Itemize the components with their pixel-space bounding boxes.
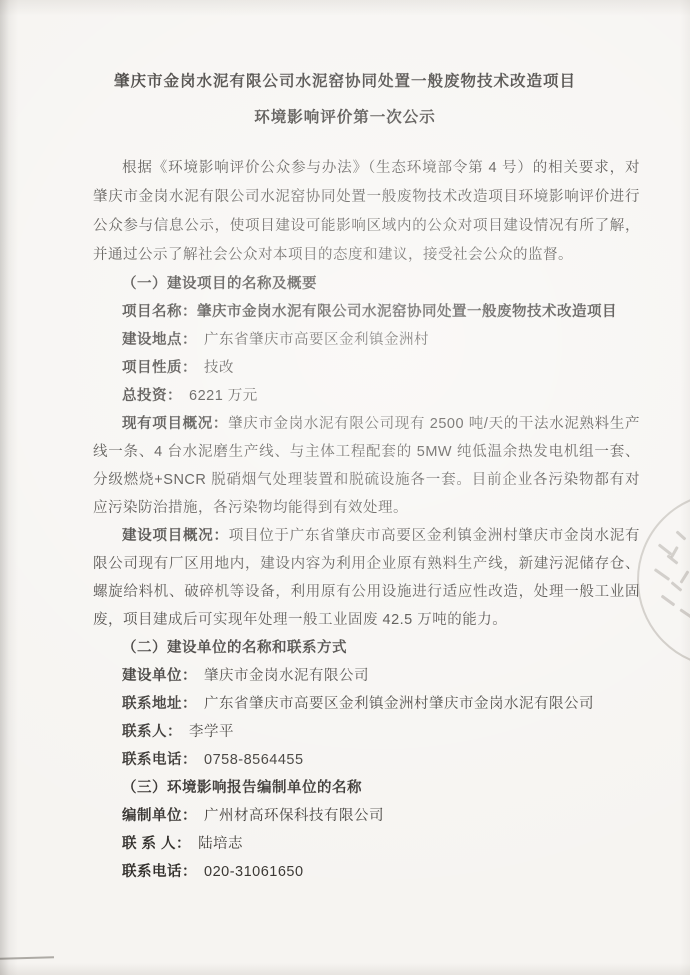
existing-overview-paragraph: 现有项目概况：肇庆市金岗水泥有限公司现有 2500 吨/天的干法水泥熟料生产线一… xyxy=(93,410,640,522)
seal-mark xyxy=(679,608,690,618)
contact-person-line: 联系人：李学平 xyxy=(93,718,640,746)
field-label: 联 系 人： xyxy=(122,836,191,852)
field-value: 广州材高环保科技有限公司 xyxy=(204,808,384,824)
field-label: 联系人： xyxy=(122,724,182,740)
field-value: 李学平 xyxy=(189,724,234,740)
field-value: 广东省肇庆市高要区金利镇金洲村 xyxy=(204,332,429,348)
project-name-line: 项目名称：肇庆市金岗水泥有限公司水泥窑协同处置一般废物技术改造项目 xyxy=(93,298,640,326)
field-value: 0758-8564455 xyxy=(204,752,304,768)
seal-mark xyxy=(654,568,670,581)
field-value: 020-31061650 xyxy=(204,864,304,880)
intro-paragraph: 根据《环境影响评价公众参与办法》（生态环境部令第 4 号）的相关要求，对肇庆市金… xyxy=(93,154,640,270)
contact-address-line: 联系地址：广东省肇庆市高要区金利镇金洲村肇庆市金岗水泥有限公司 xyxy=(93,690,640,718)
seal-mark xyxy=(680,570,690,583)
nature-line: 项目性质：技改 xyxy=(93,354,640,382)
construction-unit-line: 建设单位：肇庆市金岗水泥有限公司 xyxy=(93,662,640,690)
field-label: 现有项目概况： xyxy=(122,416,228,432)
field-value: 广东省肇庆市高要区金利镇金洲村肇庆市金岗水泥有限公司 xyxy=(204,696,594,712)
investment-line: 总投资：6221 万元 xyxy=(93,382,640,410)
title-line-2: 环境影响评价第一次公示 xyxy=(0,108,690,128)
field-label: 项目性质： xyxy=(122,360,197,376)
field-label: 项目名称： xyxy=(122,304,197,320)
seal-mark xyxy=(658,543,672,555)
document-body: 肇庆市金岗水泥有限公司水泥窑协同处置一般废物技术改造项目 环境影响评价第一次公示… xyxy=(0,0,690,886)
document-title: 肇庆市金岗水泥有限公司水泥窑协同处置一般废物技术改造项目 环境影响评价第一次公示 xyxy=(0,72,690,128)
compiling-unit-line: 编制单位：广州材高环保科技有限公司 xyxy=(93,802,640,830)
section3-heading: （三）环境影响报告编制单位的名称 xyxy=(93,774,640,802)
field-label: 编制单位： xyxy=(122,808,197,824)
seal-mark xyxy=(670,546,679,558)
title-line-1: 肇庆市金岗水泥有限公司水泥窑协同处置一般废物技术改造项目 xyxy=(0,72,690,92)
compiler-phone-line: 联系电话：020-31061650 xyxy=(93,858,640,886)
section1-heading: （一）建设项目的名称及概要 xyxy=(93,270,640,298)
compiler-contact-line: 联 系 人：陆培志 xyxy=(93,830,640,858)
field-value: 肇庆市金岗水泥有限公司 xyxy=(204,668,369,684)
project-overview-paragraph: 建设项目概况：项目位于广东省肇庆市高要区金利镇金洲村肇庆市金岗水泥有限公司现有厂… xyxy=(93,522,640,634)
field-value: 肇庆市金岗水泥有限公司水泥窑协同处置一般废物技术改造项目 xyxy=(197,304,617,320)
field-label: 建设项目概况： xyxy=(122,528,229,544)
seal-mark xyxy=(661,595,676,607)
field-value: 技改 xyxy=(204,360,234,376)
field-value: 陆培志 xyxy=(198,836,243,852)
scan-artifact-line xyxy=(0,956,54,959)
section2-heading: （二）建设单位的名称和联系方式 xyxy=(93,634,640,662)
seal-mark xyxy=(676,530,687,540)
field-label: 联系电话： xyxy=(122,752,197,768)
field-label: 总投资： xyxy=(122,388,182,404)
field-label: 联系电话： xyxy=(122,864,197,880)
field-label: 建设单位： xyxy=(122,668,197,684)
location-line: 建设地点：广东省肇庆市高要区金利镇金洲村 xyxy=(93,326,640,354)
field-label: 联系地址： xyxy=(122,696,197,712)
field-value: 6221 万元 xyxy=(189,388,258,404)
scanned-document-page: 肇庆市金岗水泥有限公司水泥窑协同处置一般废物技术改造项目 环境影响评价第一次公示… xyxy=(0,0,690,975)
contact-phone-line: 联系电话：0758-8564455 xyxy=(93,746,640,774)
field-label: 建设地点： xyxy=(122,332,197,348)
